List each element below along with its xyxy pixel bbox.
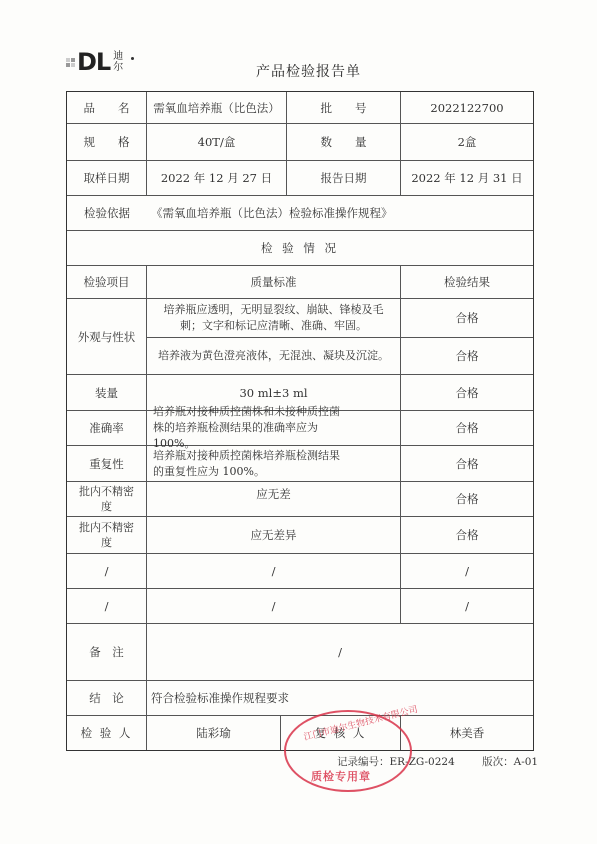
item-appearance: 外观与性状: [67, 299, 147, 375]
stamp-label: 质检专用章: [311, 768, 371, 784]
col-header-standard: 质量标准: [147, 266, 401, 299]
section-title: 检 验 情 况: [67, 231, 533, 266]
label-spec: 规 格: [67, 124, 147, 161]
result-imprecision-2: 合格: [401, 517, 533, 554]
label-conclusion: 结 论: [67, 681, 147, 716]
label-reviewer: 复 核 人: [281, 716, 401, 750]
standard-imprecision-1: 应无差: [147, 482, 401, 517]
item-accuracy: 准确率: [67, 411, 147, 446]
label-sample-date: 取样日期: [67, 161, 147, 196]
value-batch-no: 2022122700: [401, 92, 533, 124]
item-blank-2: /: [67, 589, 147, 624]
report-table: 品 名 需氧血培养瓶（比色法） 批 号 2022122700 规 格 40T/盒…: [66, 91, 534, 751]
item-imprecision-1: 批内不精密度: [67, 482, 147, 517]
value-reviewer: 林美香: [401, 716, 533, 750]
value-remarks: /: [147, 624, 533, 681]
logo-dot-icon: [131, 57, 134, 60]
col-header-result: 检验结果: [401, 266, 533, 299]
label-batch-no: 批 号: [287, 92, 401, 124]
item-imprecision-2: 批内不精密度: [67, 517, 147, 554]
label-quantity: 数 量: [287, 124, 401, 161]
record-number: 记录编号：ER-ZG-0224: [337, 756, 455, 768]
result-repeatability: 合格: [401, 446, 533, 482]
item-blank-1: /: [67, 554, 147, 589]
result-blank-1: /: [401, 554, 533, 589]
version: 版次：A-01: [482, 756, 538, 768]
value-sample-date: 2022 年 12 月 27 日: [147, 161, 287, 196]
label-inspector: 检 验 人: [67, 716, 147, 750]
value-spec: 40T/盒: [147, 124, 287, 161]
standard-repeatability: 培养瓶对接种质控菌株培养瓶检测结果的重复性应为 100%。: [147, 446, 401, 482]
value-product-name: 需氧血培养瓶（比色法）: [147, 92, 287, 124]
label-basis: 检验依据: [67, 196, 147, 231]
value-quantity: 2盒: [401, 124, 533, 161]
label-report-date: 报告日期: [287, 161, 401, 196]
label-remarks: 备 注: [67, 624, 147, 681]
footer: 记录编号：ER-ZG-0224 版次：A-01: [337, 754, 562, 769]
result-imprecision-1: 合格: [401, 482, 533, 517]
standard-imprecision-2: 应无差异: [147, 517, 401, 554]
value-inspector: 陆彩瑜: [147, 716, 281, 750]
item-volume: 装量: [67, 375, 147, 411]
item-repeatability: 重复性: [67, 446, 147, 482]
col-header-item: 检验项目: [67, 266, 147, 299]
result-blank-2: /: [401, 589, 533, 624]
result-appearance-1: 合格: [401, 299, 533, 338]
result-appearance-2: 合格: [401, 338, 533, 375]
value-conclusion: 符合检验标准操作规程要求: [147, 681, 533, 716]
standard-blank-1: /: [147, 554, 401, 589]
standard-blank-2: /: [147, 589, 401, 624]
standard-accuracy: 培养瓶对接种质控菌株和未接种质控菌株的培养瓶检测结果的准确率应为 100%。: [147, 411, 401, 446]
document-title: 产品检验报告单: [0, 61, 597, 81]
value-report-date: 2022 年 12 月 31 日: [401, 161, 533, 196]
label-product-name: 品 名: [67, 92, 147, 124]
result-accuracy: 合格: [401, 411, 533, 446]
result-volume: 合格: [401, 375, 533, 411]
standard-appearance-2: 培养液为黄色澄亮液体，无混浊、凝块及沉淀。: [147, 338, 401, 375]
standard-appearance-1: 培养瓶应透明，无明显裂纹、崩缺、锋棱及毛刺；文字和标记应清晰、准确、牢固。: [147, 299, 401, 338]
value-basis: 《需氧血培养瓶（比色法）检验标准操作规程》: [147, 196, 533, 231]
